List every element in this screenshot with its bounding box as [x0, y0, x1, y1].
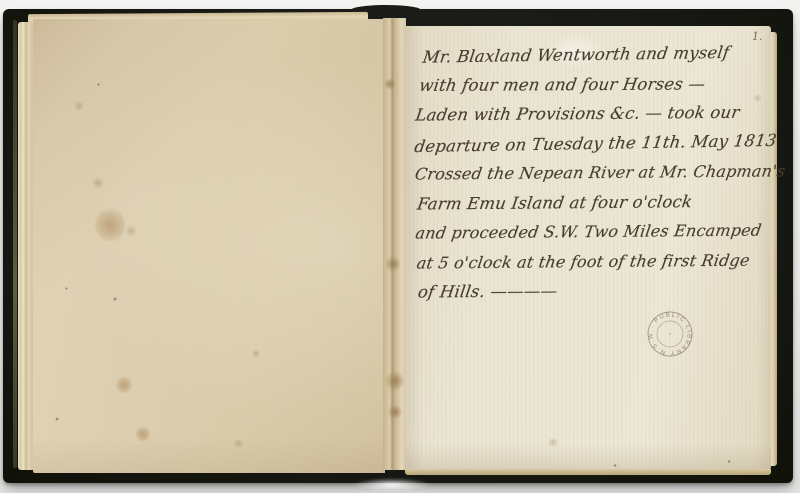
binding-thread — [384, 78, 396, 90]
foxing-spot — [113, 297, 117, 301]
background-light-notch — [352, 478, 432, 492]
journal-line: departure on Tuesday the 11th. May 1813 — [412, 125, 769, 161]
under-page-edge — [405, 469, 771, 475]
foxing-spot — [547, 438, 559, 447]
binding-gutter — [383, 18, 406, 470]
page-crease-shading — [33, 19, 385, 473]
journal-line: Mr. Blaxland Wentworth and myself — [421, 37, 769, 72]
foxing-spot — [91, 177, 105, 189]
binding-thread — [388, 404, 402, 420]
foxing-spot — [233, 439, 244, 448]
foxing-spot — [65, 287, 68, 290]
foxing-spot — [753, 94, 762, 102]
binding-thread — [386, 370, 404, 392]
foxing-spot — [727, 460, 731, 463]
journal-page: 1. Mr. Blaxland Wentworth and myself wit… — [405, 26, 771, 470]
foxing-spot — [55, 417, 59, 421]
journal-text: Mr. Blaxland Wentworth and myself with f… — [414, 38, 768, 307]
cover-board-edge — [13, 20, 17, 468]
binding-thread — [385, 256, 401, 272]
journal-line: at 5 o'clock at the foot of the first Ri… — [415, 245, 770, 278]
foxing-spot — [125, 225, 137, 237]
foxing-spot — [73, 101, 85, 111]
journal-line: of Hills. ———— — [416, 274, 770, 307]
left-blank-page — [33, 19, 385, 473]
foxing-spot — [97, 83, 100, 86]
photo-of-open-journal: 1. Mr. Blaxland Wentworth and myself wit… — [0, 0, 800, 493]
journal-line: Laden with Provisions &c. — took our — [413, 97, 768, 130]
foxing-spot — [251, 349, 261, 358]
foxing-spot — [95, 207, 125, 243]
journal-line: Crossed the Nepean River at Mr. Chapman'… — [413, 156, 769, 189]
foxing-spot — [135, 427, 151, 441]
journal-line: Farm Emu Island at four o'clock — [415, 186, 769, 219]
foxing-spot — [613, 464, 617, 467]
foxing-spot — [115, 377, 133, 393]
journal-line: with four men and four Horses — — [417, 69, 768, 100]
journal-line: and proceeded S.W. Two Miles Encamped — [413, 215, 769, 248]
